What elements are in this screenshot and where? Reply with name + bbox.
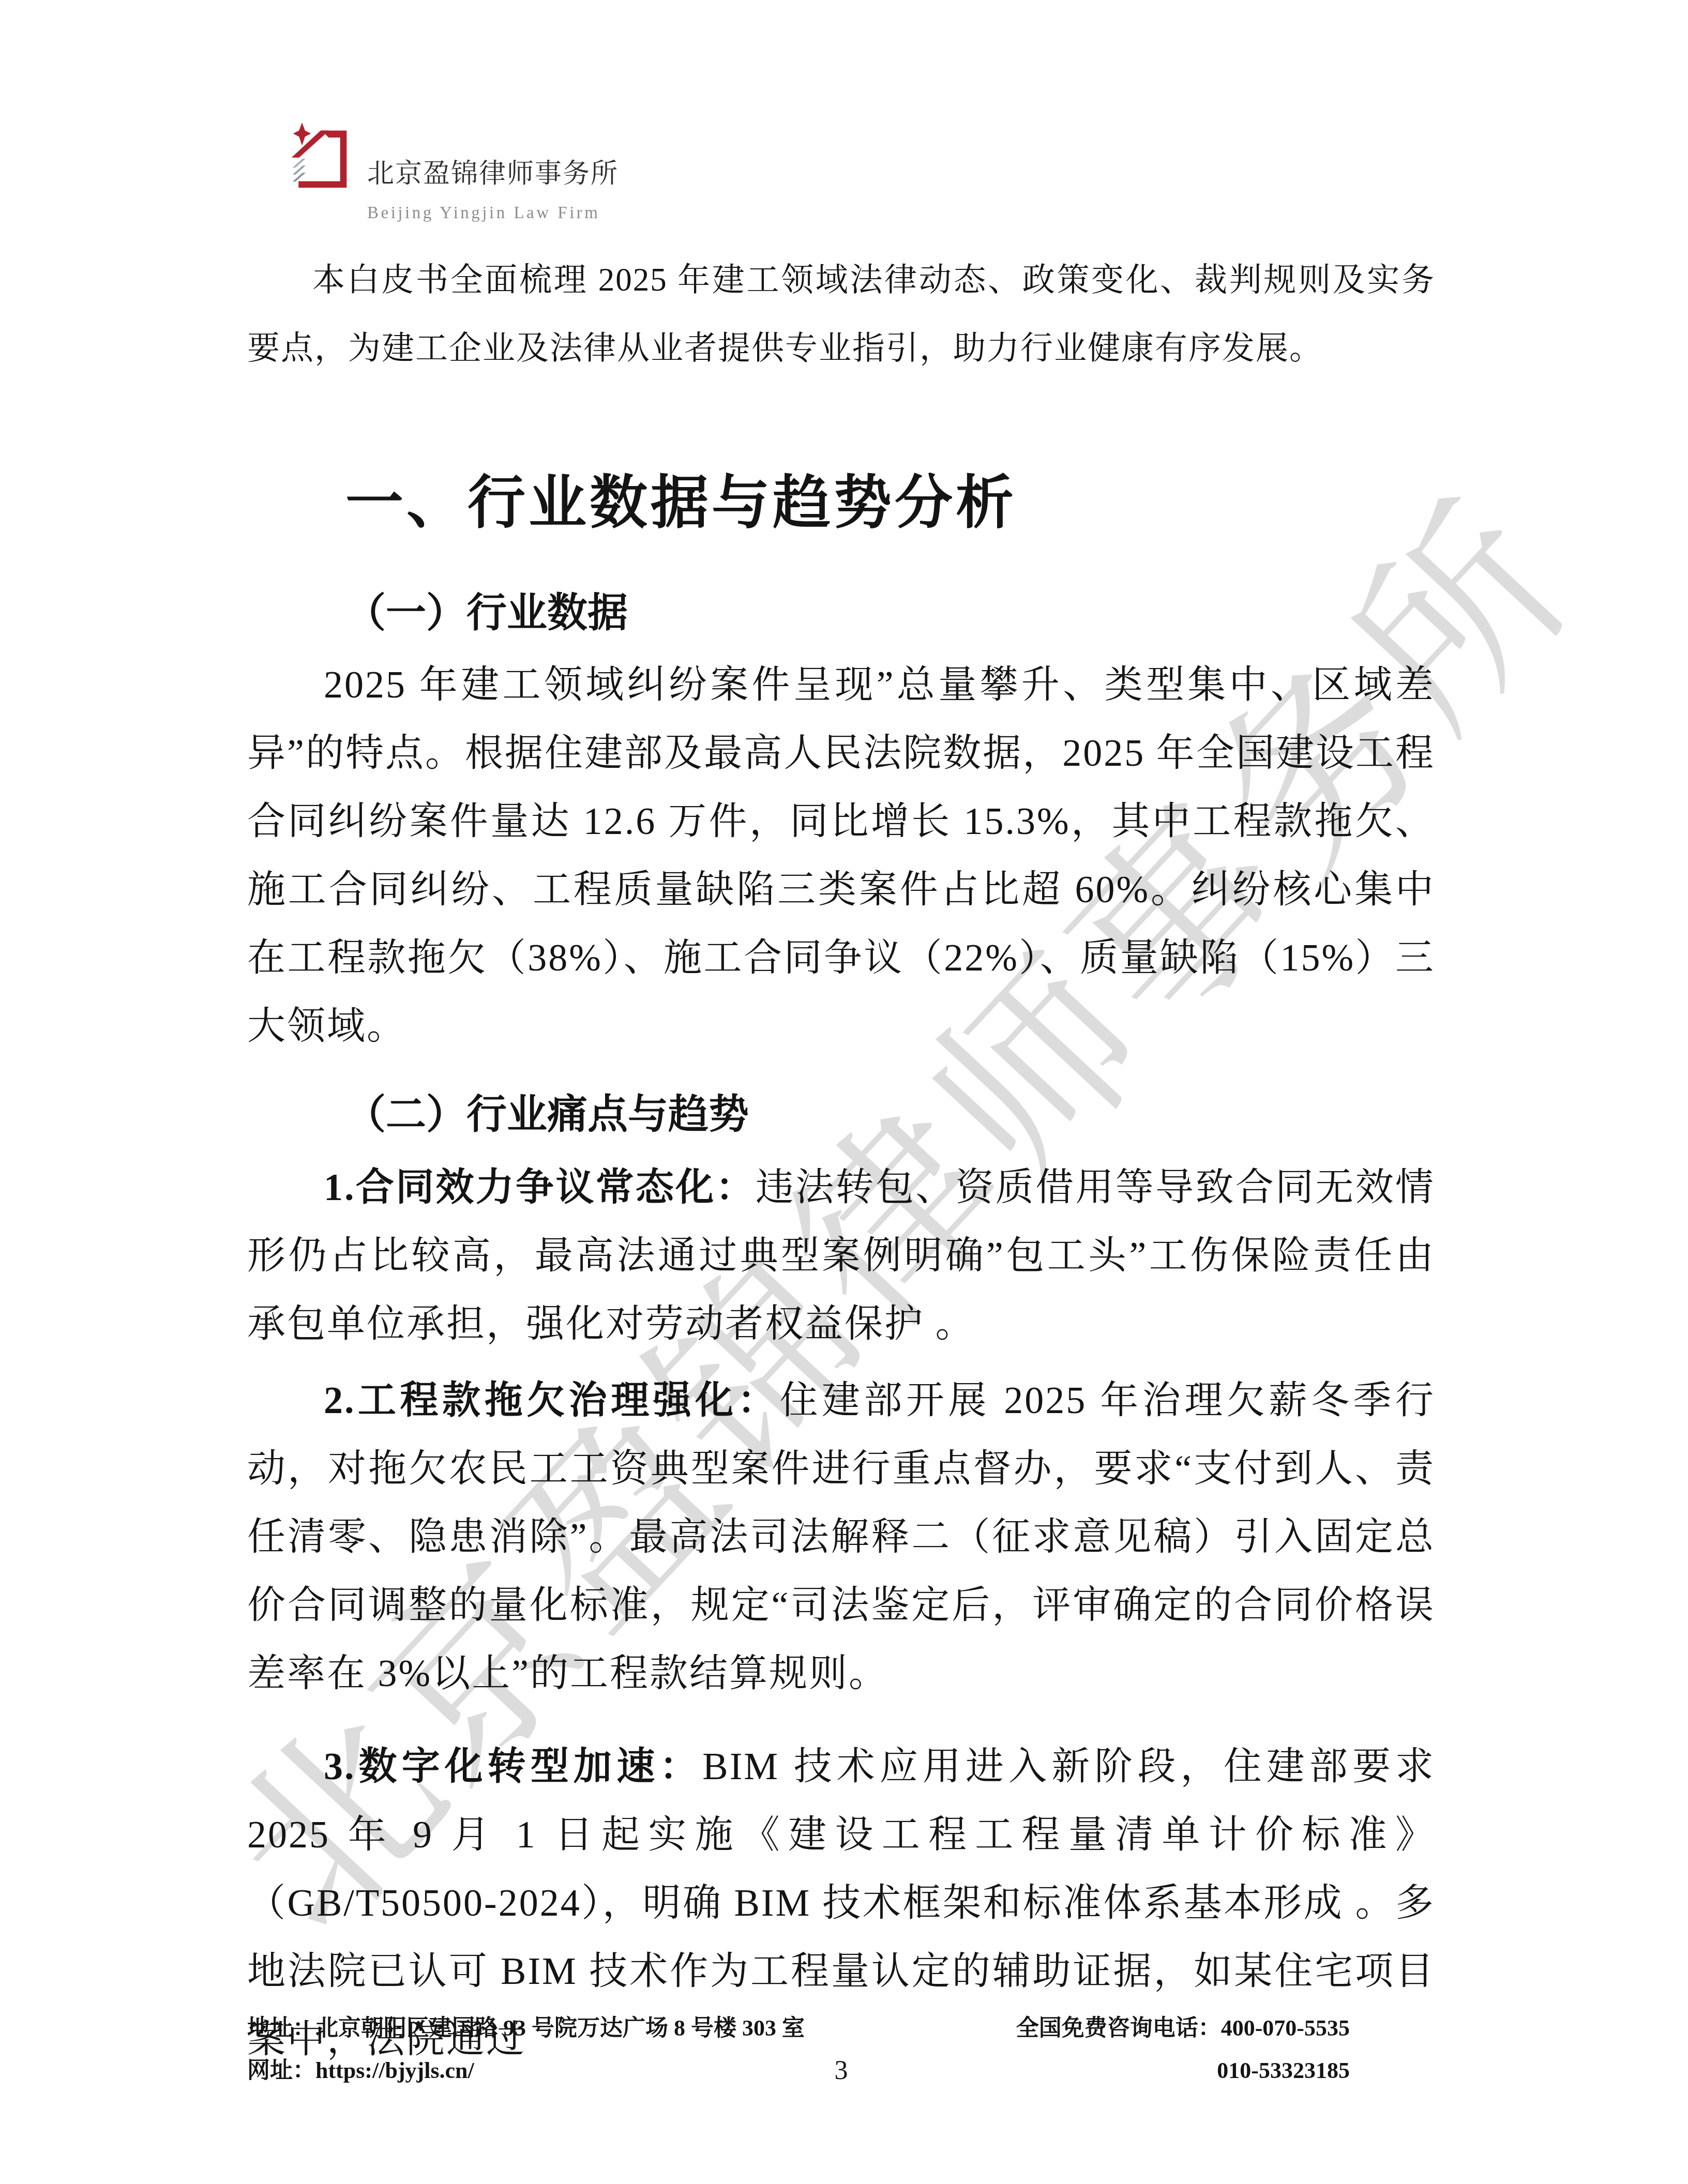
trend-item-2-label: 2.工程款拖欠治理强化： (324, 1379, 779, 1422)
document-page: 北京盈锦律师事务所 北京盈锦律师事务所 Beijing Yingjin Law … (0, 0, 1688, 2184)
trend-item-1-label: 1.合同效力争议常态化： (324, 1166, 756, 1209)
trend-item-2: 2.工程款拖欠治理强化：住建部开展 2025 年治理欠薪冬季行动，对拖欠农民工工… (247, 1367, 1435, 1708)
subsection-title-pain-points: （二）行业痛点与趋势 (247, 1084, 1435, 1145)
trend-item-1: 1.合同效力争议常态化：违法转包、资质借用等导致合同无效情形仍占比较高，最高法通… (247, 1154, 1435, 1358)
page-content: 北京盈锦律师事务所 Beijing Yingjin Law Firm 本白皮书全… (0, 0, 1688, 2074)
industry-data-paragraph: 2025 年建工领域纠纷案件呈现”总量攀升、类型集中、区域差异”的特点。根据住建… (247, 651, 1435, 1060)
trend-item-3-label: 3.数字化转型加速： (324, 1746, 702, 1788)
logo-frame-shape (298, 131, 346, 188)
section-heading: 一、行业数据与趋势分析 (247, 468, 1435, 538)
footer-address: 地址：北京朝阳区建国路 93 号院万达广场 8 号楼 303 室 (247, 2007, 805, 2050)
logo-mark-icon (291, 123, 348, 188)
trend-item-2-text: 住建部开展 2025 年治理欠薪冬季行动，对拖欠农民工工资典型案件进行重点督办，… (247, 1379, 1435, 1695)
logo-text-block: 北京盈锦律师事务所 Beijing Yingjin Law Firm (367, 151, 619, 223)
footer-hotline: 全国免费咨询电话：400-070-5535 (1016, 2007, 1350, 2050)
law-firm-logo: 北京盈锦律师事务所 Beijing Yingjin Law Firm (291, 123, 1435, 223)
logo-name-chinese: 北京盈锦律师事务所 (367, 151, 619, 190)
subsection-title-industry-data: （一）行业数据 (247, 583, 1435, 644)
intro-paragraph: 本白皮书全面梳理 2025 年建工领域法律动态、政策变化、裁判规则及实务要点，为… (247, 246, 1435, 382)
logo-name-english: Beijing Yingjin Law Firm (367, 204, 619, 223)
page-number: 3 (247, 2055, 1435, 2086)
